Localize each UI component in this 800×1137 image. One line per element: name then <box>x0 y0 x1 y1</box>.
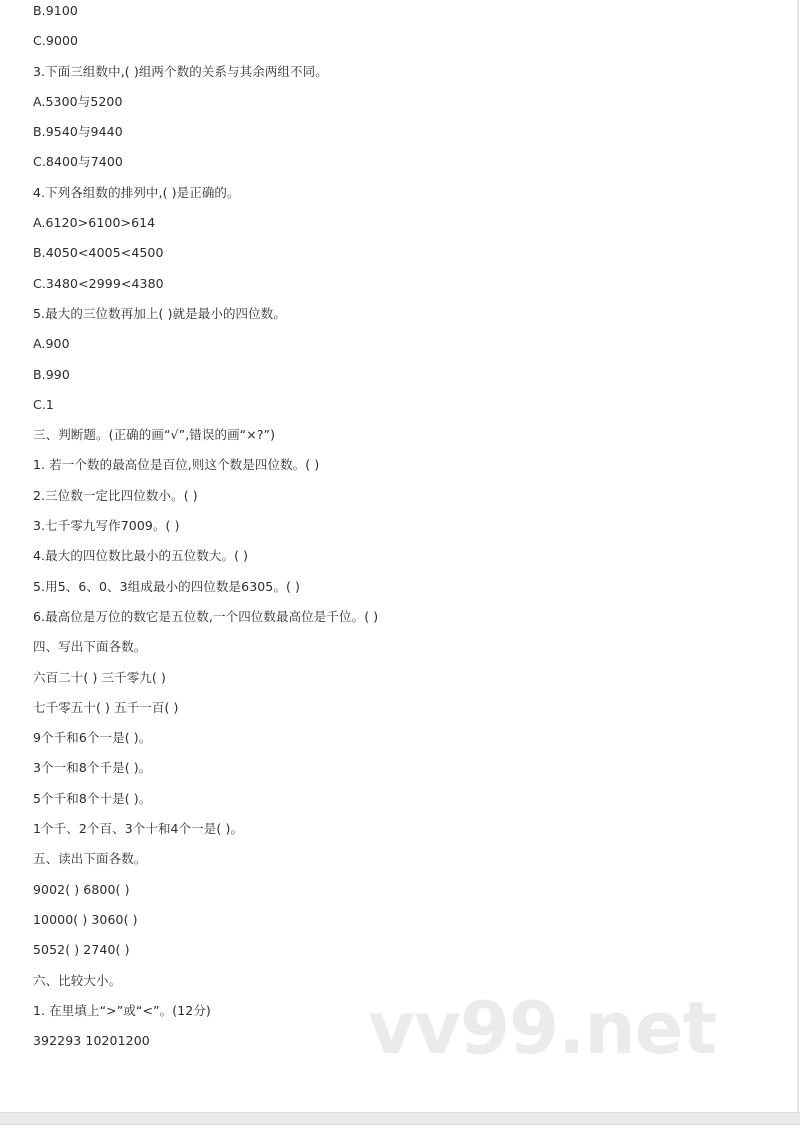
question-line: 9002( ) 6800( ) <box>33 881 378 911</box>
section-heading: 四、写出下面各数。 <box>33 638 378 668</box>
question-line: 6.最高位是万位的数它是五位数,一个四位数最高位是千位。( ) <box>33 608 378 638</box>
question-line: 392293 10201200 <box>33 1032 378 1062</box>
next-page-top <box>0 1125 800 1137</box>
question-line: 5.用5、6、0、3组成最小的四位数是6305。( ) <box>33 578 378 608</box>
option-line: C.8400与7400 <box>33 153 378 183</box>
option-line: B.9100 <box>33 2 378 32</box>
question-line: 9个千和6个一是( )。 <box>33 729 378 759</box>
option-line: B.9540与9440 <box>33 123 378 153</box>
question-line: 4.最大的四位数比最小的五位数大。( ) <box>33 547 378 577</box>
option-line: C.9000 <box>33 32 378 62</box>
question-line: 六百二十( ) 三千零九( ) <box>33 669 378 699</box>
question-line: 5052( ) 2740( ) <box>33 941 378 971</box>
watermark: vv99.net <box>368 992 716 1064</box>
section-heading: 五、读出下面各数。 <box>33 850 378 880</box>
option-line: C.1 <box>33 396 378 426</box>
question-line: 3个一和8个千是( )。 <box>33 759 378 789</box>
question-line: 5.最大的三位数再加上( )就是最小的四位数。 <box>33 305 378 335</box>
question-line: 4.下列各组数的排列中,( )是正确的。 <box>33 184 378 214</box>
page-separator <box>0 1112 800 1125</box>
section-heading: 三、判断题。(正确的画“√”,错误的画“×?”) <box>33 426 378 456</box>
section-heading: 六、比较大小。 <box>33 972 378 1002</box>
option-line: B.990 <box>33 366 378 396</box>
option-line: B.4050<4005<4500 <box>33 244 378 274</box>
option-line: A.900 <box>33 335 378 365</box>
question-line: 5个千和8个十是( )。 <box>33 790 378 820</box>
question-line: 七千零五十( ) 五千一百( ) <box>33 699 378 729</box>
question-line: 1个千、2个百、3个十和4个一是( )。 <box>33 820 378 850</box>
option-line: A.5300与5200 <box>33 93 378 123</box>
question-line: 3.七千零九写作7009。( ) <box>33 517 378 547</box>
option-line: A.6120>6100>614 <box>33 214 378 244</box>
question-line: 3.下面三组数中,( )组两个数的关系与其余两组不同。 <box>33 63 378 93</box>
question-line: 10000( ) 3060( ) <box>33 911 378 941</box>
question-line: 1. 在里填上“>”或“<”。(12分) <box>33 1002 378 1032</box>
question-line: 2.三位数一定比四位数小。( ) <box>33 487 378 517</box>
question-line: 1. 若一个数的最高位是百位,则这个数是四位数。( ) <box>33 456 378 486</box>
option-line: C.3480<2999<4380 <box>33 275 378 305</box>
document-page: B.9100 C.9000 3.下面三组数中,( )组两个数的关系与其余两组不同… <box>0 0 799 1112</box>
worksheet-content: B.9100 C.9000 3.下面三组数中,( )组两个数的关系与其余两组不同… <box>33 2 378 1062</box>
